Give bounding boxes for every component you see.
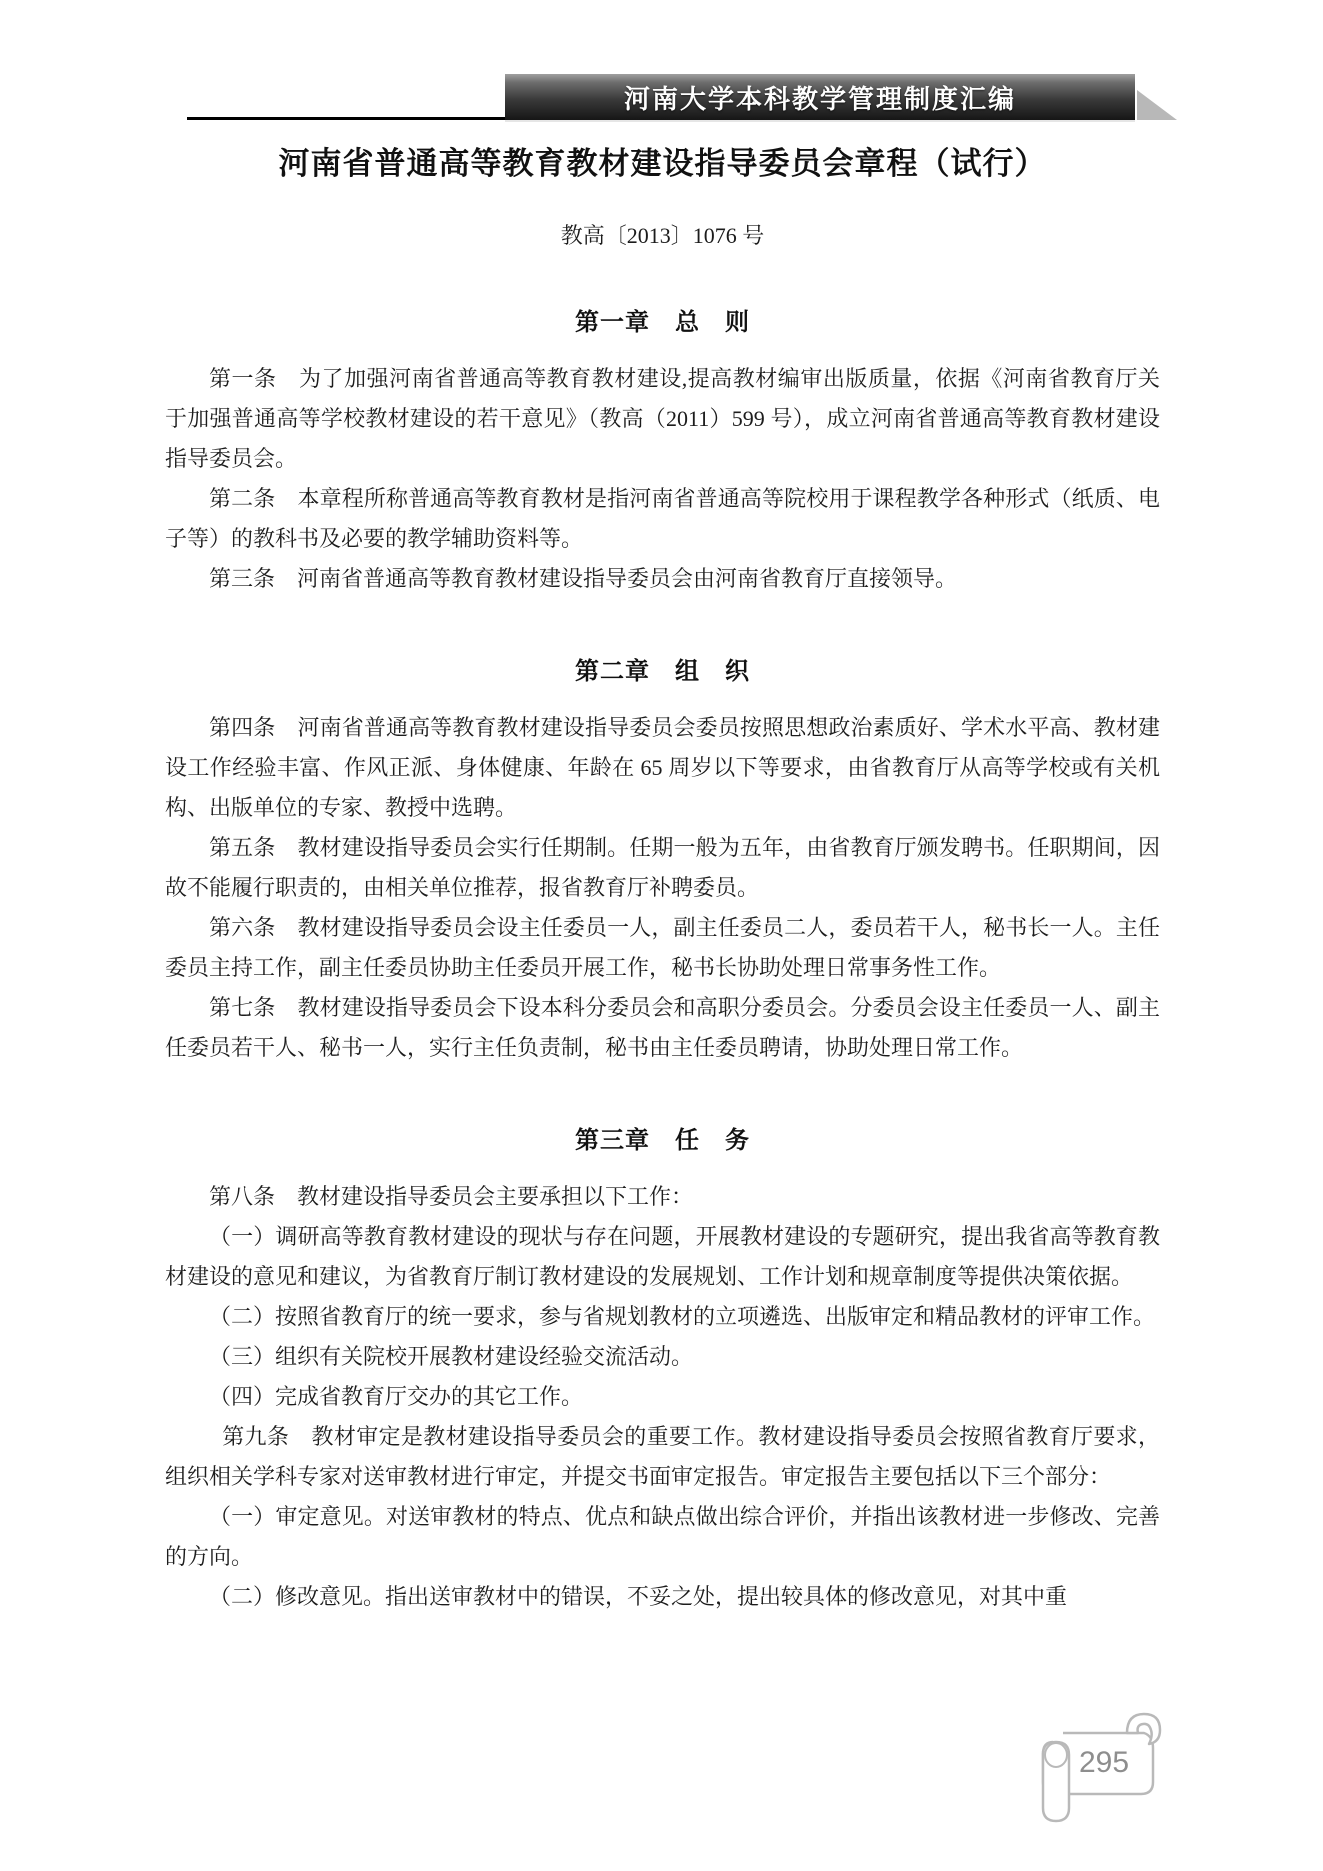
document-body: 河南省普通高等教育教材建设指导委员会章程（试行） 教高〔2013〕1076 号 … (165, 138, 1160, 1617)
paragraph-article-5: 第五条 教材建设指导委员会实行任期制。任期一般为五年，由省教育厅颁发聘书。任职期… (165, 828, 1160, 908)
paragraph-article-9-item-2: （二）修改意见。指出送审教材中的错误，不妥之处，提出较具体的修改意见，对其中重 (165, 1577, 1160, 1617)
paragraph-article-8-item-4: （四）完成省教育厅交办的其它工作。 (165, 1377, 1160, 1417)
header-banner: 河南大学本科教学管理制度汇编 (505, 74, 1135, 122)
chapter-organization: 第二章 组 织 第四条 河南省普通高等教育教材建设指导委员会委员按照思想政治素质… (165, 651, 1160, 1068)
page-header: 河南大学本科教学管理制度汇编 (0, 0, 1323, 130)
chapter-1-heading: 第一章 总 则 (165, 302, 1160, 337)
paragraph-article-8-item-1: （一）调研高等教育教材建设的现状与存在问题，开展教材建设的专题研究，提出我省高等… (165, 1217, 1160, 1297)
paragraph-article-1: 第一条 为了加强河南省普通高等教育教材建设,提高教材编审出版质量，依据《河南省教… (165, 359, 1160, 479)
paragraph-article-4: 第四条 河南省普通高等教育教材建设指导委员会委员按照思想政治素质好、学术水平高、… (165, 708, 1160, 828)
header-banner-title: 河南大学本科教学管理制度汇编 (624, 79, 1016, 116)
paragraph-article-8-item-3: （三）组织有关院校开展教材建设经验交流活动。 (165, 1337, 1160, 1377)
paragraph-article-9-item-1: （一）审定意见。对送审教材的特点、优点和缺点做出综合评价，并指出该教材进一步修改… (165, 1497, 1160, 1577)
paragraph-article-8: 第八条 教材建设指导委员会主要承担以下工作： (165, 1177, 1160, 1217)
paragraph-article-9: 第九条 教材审定是教材建设指导委员会的重要工作。教材建设指导委员会按照省教育厅要… (165, 1417, 1160, 1497)
chapter-2-heading: 第二章 组 织 (165, 651, 1160, 686)
page-footer: 295 (1023, 1708, 1183, 1833)
document-title: 河南省普通高等教育教材建设指导委员会章程（试行） (165, 138, 1160, 183)
paragraph-article-2: 第二条 本章程所称普通高等教育教材是指河南省普通高等院校用于课程教学各种形式（纸… (165, 479, 1160, 559)
chapter-general-rules: 第一章 总 则 第一条 为了加强河南省普通高等教育教材建设,提高教材编审出版质量… (165, 302, 1160, 599)
chapter-tasks: 第三章 任 务 第八条 教材建设指导委员会主要承担以下工作： （一）调研高等教育… (165, 1120, 1160, 1617)
paragraph-article-8-item-2: （二）按照省教育厅的统一要求，参与省规划教材的立项遴选、出版审定和精品教材的评审… (165, 1297, 1160, 1337)
chapter-3-heading: 第三章 任 务 (165, 1120, 1160, 1155)
document-number: 教高〔2013〕1076 号 (165, 219, 1160, 250)
page-number: 295 (1069, 1746, 1139, 1780)
paragraph-article-7: 第七条 教材建设指导委员会下设本科分委员会和高职分委员会。分委员会设主任委员一人… (165, 988, 1160, 1068)
banner-shadow-triangle-icon (1137, 90, 1177, 120)
paragraph-article-6: 第六条 教材建设指导委员会设主任委员一人，副主任委员二人，委员若干人，秘书长一人… (165, 908, 1160, 988)
paragraph-article-3: 第三条 河南省普通高等教育教材建设指导委员会由河南省教育厅直接领导。 (165, 559, 1160, 599)
